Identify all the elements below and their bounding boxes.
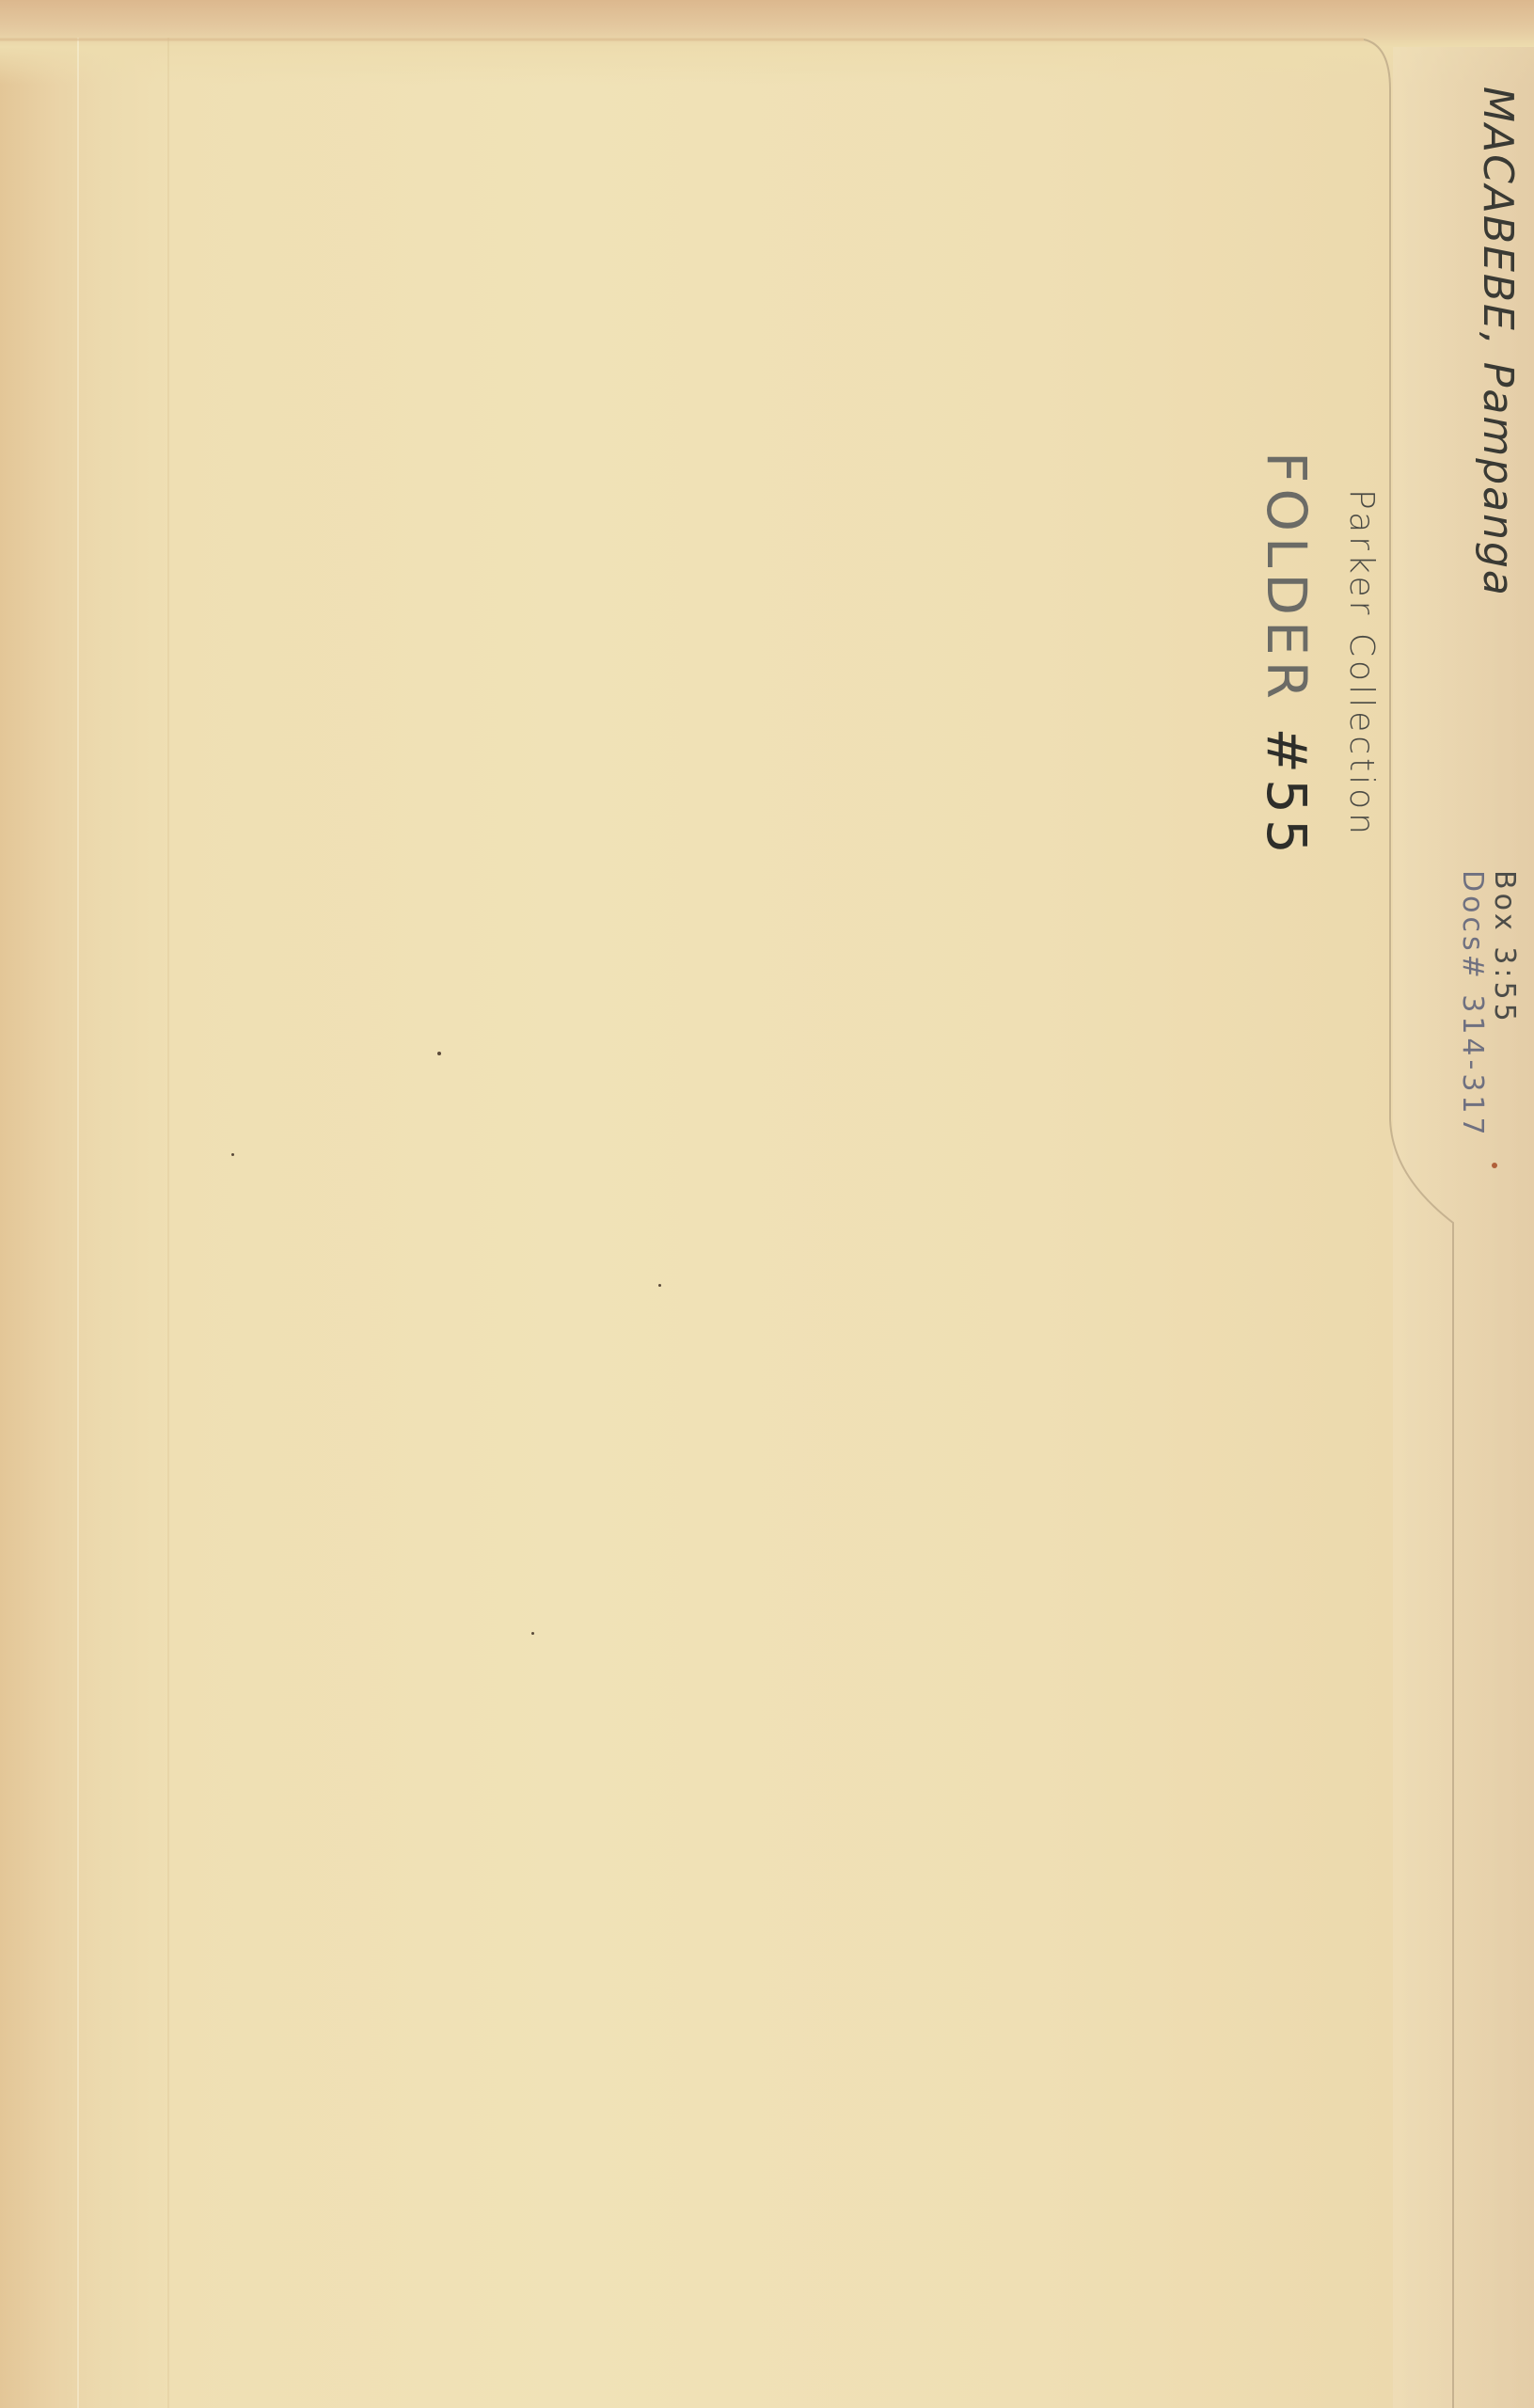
collection-label: Parker Collection — [1342, 489, 1381, 838]
rust-spot — [1492, 1163, 1497, 1168]
tab-location-label: MACABEBE, Pampanga — [1474, 87, 1522, 597]
paper-speck — [531, 1632, 534, 1635]
folder-scan-background — [0, 0, 1534, 2408]
folder-prefix: FOLDER — [1255, 451, 1319, 705]
box-label: Box 3:55 — [1488, 870, 1521, 1025]
paper-speck — [658, 1284, 661, 1287]
left-crease — [77, 38, 79, 2408]
folder-number-label: FOLDER #55 — [1255, 451, 1319, 860]
docs-label: Docs# 314-317 — [1456, 870, 1489, 1139]
paper-speck — [437, 1052, 441, 1055]
paper-speck — [231, 1153, 234, 1156]
folder-number: #55 — [1255, 727, 1319, 859]
left-crease-inner — [167, 38, 169, 2408]
